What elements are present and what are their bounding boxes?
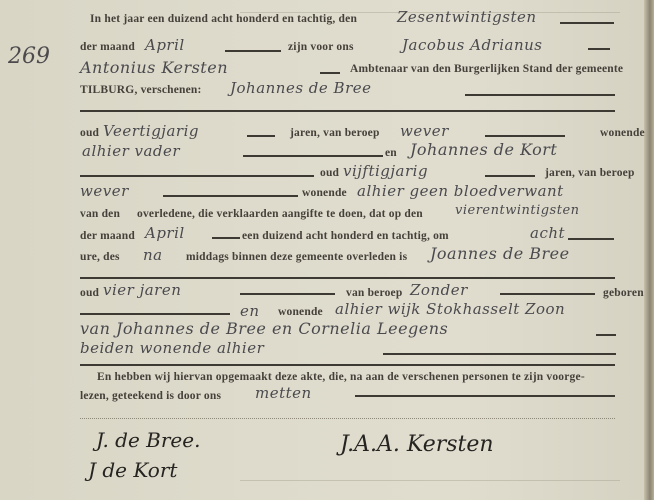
print-text: jaren, van beroep bbox=[545, 167, 635, 179]
fill-rule bbox=[80, 175, 314, 177]
fill-rule bbox=[80, 110, 615, 112]
hand-occupation: wever bbox=[80, 182, 129, 200]
print-text: van den bbox=[80, 208, 120, 220]
fill-rule bbox=[383, 353, 616, 355]
print-text: wonende bbox=[302, 187, 347, 199]
signature-witness-1: J. de Bree. bbox=[96, 428, 200, 452]
fill-rule bbox=[320, 72, 340, 74]
fill-rule bbox=[355, 395, 615, 397]
fill-rule bbox=[225, 50, 281, 52]
hand-death-day: vierentwintigsten bbox=[455, 203, 580, 218]
print-text: TILBURG, verschenen: bbox=[80, 84, 202, 96]
fill-rule bbox=[80, 364, 615, 366]
page-edge bbox=[644, 0, 654, 500]
hand-month: April bbox=[145, 36, 185, 54]
signature-witness-2: J de Kort bbox=[88, 458, 177, 482]
hand-parents-residence: beiden wonende alhier bbox=[80, 339, 264, 357]
print-text: overledene, die verklaarden aangifte te … bbox=[137, 208, 423, 220]
hand-official: Antonius Kersten bbox=[80, 58, 228, 77]
fill-rule bbox=[80, 277, 615, 279]
print-text: In het jaar een duizend acht honderd en … bbox=[90, 13, 357, 25]
print-text: der maand bbox=[80, 41, 135, 53]
hand-residence: alhier geen bloedverwant bbox=[357, 182, 564, 200]
fill-rule bbox=[80, 313, 230, 315]
print-text: zijn voor ons bbox=[288, 41, 354, 53]
fill-rule bbox=[240, 293, 335, 295]
hand-deceased-age: vier jaren bbox=[103, 281, 181, 299]
fill-rule bbox=[485, 135, 565, 137]
hand-deceased-residence: alhier wijk Stokhasselt Zoon bbox=[335, 300, 565, 318]
print-text: Ambtenaar van den Burgerlijken Stand der… bbox=[350, 63, 623, 75]
print-text: en bbox=[385, 147, 397, 159]
print-text: geboren bbox=[603, 287, 644, 299]
hand-official: Jacobus Adrianus bbox=[402, 36, 542, 54]
hand-birthplace: en bbox=[240, 302, 260, 320]
fill-rule bbox=[465, 94, 615, 96]
print-text: oud bbox=[80, 287, 99, 299]
print-text: oud bbox=[320, 167, 339, 179]
print-text: lezen, geteekend is door ons bbox=[80, 390, 221, 402]
margin-record-number: 269 bbox=[8, 44, 50, 69]
fill-rule bbox=[588, 48, 610, 50]
hand-deceased-occupation: Zonder bbox=[410, 281, 468, 299]
fill-rule bbox=[596, 334, 616, 336]
print-text: een duizend acht honderd en tachtig, om bbox=[242, 230, 449, 242]
hand-witness-name: Johannes de Bree bbox=[230, 79, 372, 97]
hand-death-hour: acht bbox=[530, 224, 565, 242]
print-text: jaren, van beroep bbox=[290, 127, 380, 139]
print-text: van beroep bbox=[346, 287, 402, 299]
dotted-rule bbox=[80, 418, 615, 419]
hand-ampm: na bbox=[143, 246, 163, 264]
fill-rule bbox=[485, 175, 535, 177]
fill-rule bbox=[568, 238, 614, 240]
print-text: wonende bbox=[278, 306, 323, 318]
faint-rule bbox=[240, 480, 620, 481]
print-text: oud bbox=[80, 127, 99, 139]
hand-occupation: wever bbox=[400, 122, 449, 140]
hand-death-month: April bbox=[145, 224, 185, 242]
fill-rule bbox=[212, 237, 240, 239]
hand-parents: van Johannes de Bree en Cornelia Leegens bbox=[80, 319, 448, 338]
hand-age: vijftigjarig bbox=[343, 162, 428, 180]
fill-rule bbox=[500, 293, 595, 295]
print-text: der maand bbox=[80, 230, 135, 242]
signature-official: J.A.A. Kersten bbox=[340, 432, 494, 457]
hand-day: Zesentwintigsten bbox=[397, 8, 537, 26]
hand-residence: alhier vader bbox=[82, 142, 180, 160]
print-text: En hebben wij hiervan opgemaakt deze akt… bbox=[97, 371, 585, 383]
fill-rule bbox=[247, 135, 275, 137]
fill-rule bbox=[163, 195, 298, 197]
hand-age: Veertigjarig bbox=[103, 122, 199, 140]
print-text: wonende bbox=[600, 127, 645, 139]
hand-witness-name: Johannes de Kort bbox=[410, 140, 557, 159]
hand-deceased-name: Joannes de Bree bbox=[430, 244, 570, 263]
fill-rule bbox=[560, 22, 614, 24]
fill-rule bbox=[243, 155, 383, 157]
hand-signing-note: metten bbox=[255, 384, 312, 402]
